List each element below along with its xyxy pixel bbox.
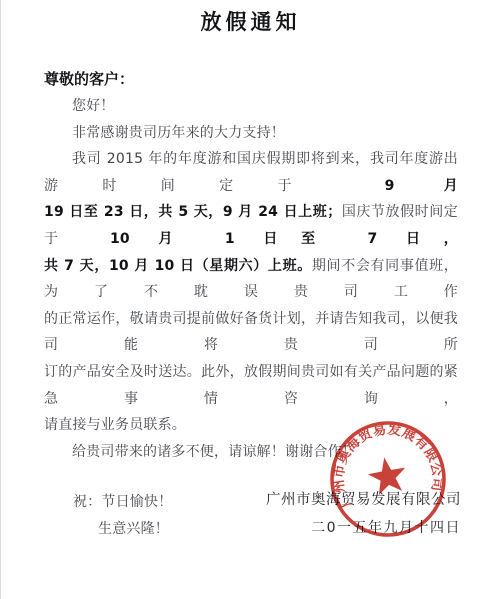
signature-company: 广州市奥海贸易发展有限公司 [266,486,461,514]
body-line: 非常感谢贵司历年来的大力支持！ [44,120,458,147]
body-line: 请直接与业务员联系。 [44,412,458,439]
body-line: 共 7 天，10 月 10 日（星期六）上班。期间不会有同事值班，为了不耽误贵司… [44,253,458,306]
body-line: 19 日至 23 日，共 5 天，9 月 24 日上班；国庆节放假时间定于 10… [44,199,458,252]
wish-prefix: 祝： [73,494,101,510]
letter-body: 尊敬的客户： 您好！非常感谢贵司历年来的大力支持！我司 2015 年的年度游和国… [1,66,500,543]
signature-block: 广州市奥海贸易发展有限公司 二0一五年九月十四日 [266,486,461,542]
salutation: 尊敬的客户： [44,66,458,93]
wish-first: 节日愉快！ [101,494,172,510]
body-line: 您好！ [44,93,458,120]
body-line: 给贵司带来的诸多不便，请谅解！谢谢合作！ [44,439,458,466]
body-line: 的正常运作，敬请贵司提前做好备货计划，并请告知我司，以便我司能将贵司所 [44,306,458,359]
body-lines: 您好！非常感谢贵司历年来的大力支持！我司 2015 年的年度游和国庆假期即将到来… [44,93,458,465]
notice-title: 放假通知 [1,0,500,36]
signature-date: 二0一五年九月十四日 [266,514,461,542]
body-line: 我司 2015 年的年度游和国庆假期即将到来，我司年度游出游时间定于 9 月 [44,146,458,199]
body-line: 订的产品安全及时送达。此外，放假期间贵司如有关产品问题的紧急事情咨询， [44,359,458,412]
document-page: 放假通知 尊敬的客户： 您好！非常感谢贵司历年来的大力支持！我司 2015 年的… [0,0,500,599]
